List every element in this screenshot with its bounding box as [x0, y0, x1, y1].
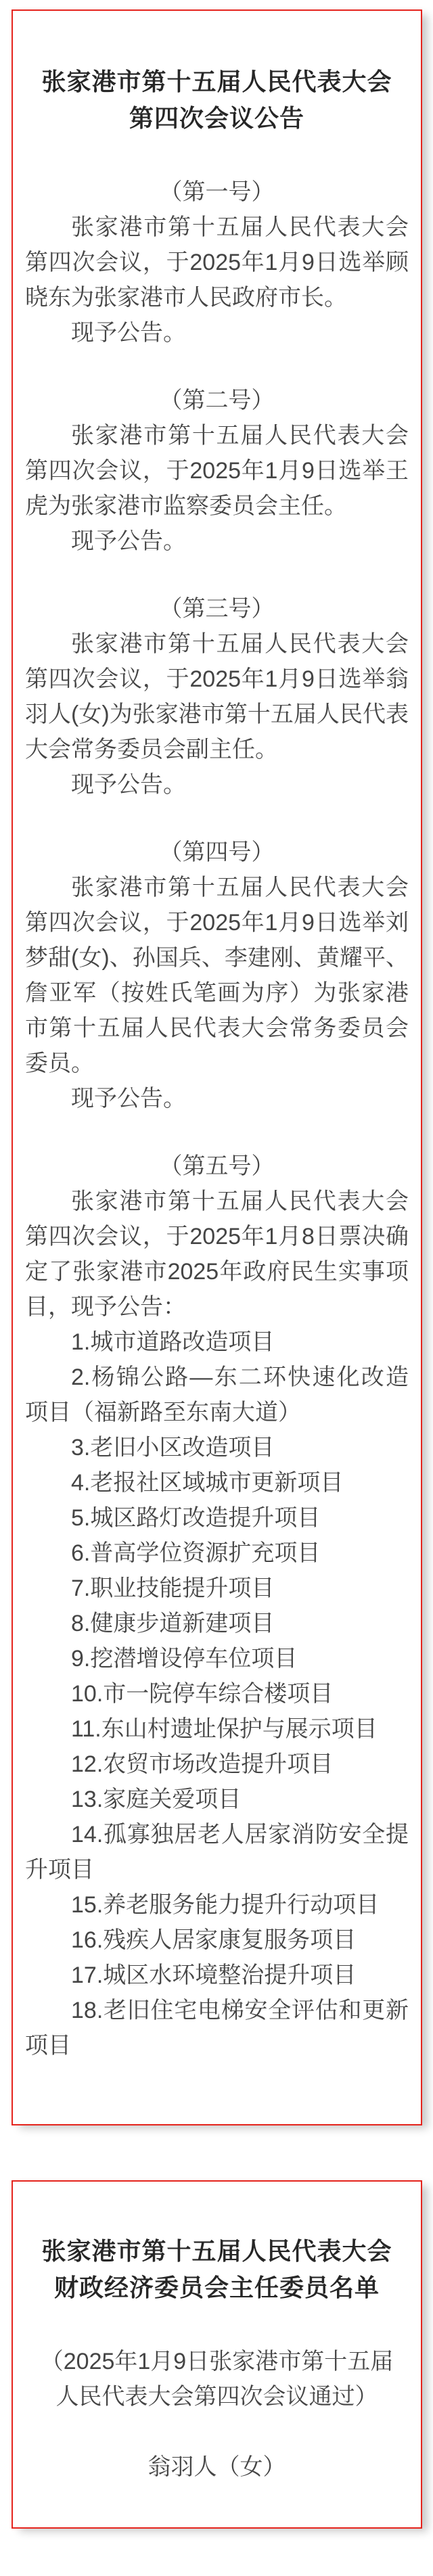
project-list-item: 3.老旧小区改造项目: [25, 1430, 409, 1465]
announcement-card: 张家港市第十五届人民代表大会 第四次会议公告 （第一号）张家港市第十五届人民代表…: [12, 9, 422, 2125]
section-number: （第四号）: [25, 835, 409, 870]
project-list-item: 2.杨锦公路—东二环快速化改造项目（福新路至东南大道）: [25, 1360, 409, 1430]
section-paragraph: 张家港市第十五届人民代表大会第四次会议，于2025年1月9日选举顾晓东为张家港市…: [25, 210, 409, 315]
committee-list-subtitle: （2025年1月9日张家港市第十五届 人民代表大会第四次会议通过）: [25, 2344, 409, 2414]
section-paragraph: 张家港市第十五届人民代表大会第四次会议，于2025年1月9日选举刘梦甜(女)、孙…: [25, 870, 409, 1081]
committee-list-title-line-1: 张家港市第十五届人民代表大会: [25, 2233, 409, 2270]
project-list-item: 4.老报社区域城市更新项目: [25, 1465, 409, 1500]
project-list-item: 13.家庭关爱项目: [25, 1782, 409, 1817]
project-list-item: 5.城区路灯改造提升项目: [25, 1500, 409, 1536]
section-number: （第一号）: [25, 175, 409, 210]
project-list-item: 11.东山村遗址保护与展示项目: [25, 1711, 409, 1747]
subtitle-line-1: （2025年1月9日张家港市第十五届: [25, 2344, 409, 2379]
section-paragraph: 现予公告。: [25, 767, 409, 802]
section-paragraph: 张家港市第十五届人民代表大会第四次会议，于2025年1月8日票决确定了张家港市2…: [25, 1184, 409, 1325]
project-list-item: 17.城区水环境整治提升项目: [25, 1958, 409, 1993]
member-name: 翁羽人（女）: [25, 2449, 409, 2485]
project-list-item: 14.孤寡独居老人居家消防安全提升项目: [25, 1817, 409, 1887]
committee-list-card: 张家港市第十五届人民代表大会 财政经济委员会主任委员名单 （2025年1月9日张…: [12, 2180, 422, 2529]
project-list-item: 8.健康步道新建项目: [25, 1606, 409, 1641]
project-list-item: 12.农贸市场改造提升项目: [25, 1747, 409, 1782]
project-list-item: 15.养老服务能力提升行动项目: [25, 1887, 409, 1923]
section-number: （第二号）: [25, 383, 409, 418]
section-number: （第五号）: [25, 1149, 409, 1184]
subtitle-line-2: 人民代表大会第四次会议通过）: [25, 2379, 409, 2414]
section-number: （第三号）: [25, 591, 409, 626]
project-list-item: 10.市一院停车综合楼项目: [25, 1676, 409, 1711]
announcement-title-line-2: 第四次会议公告: [25, 100, 409, 137]
section-paragraph: 张家港市第十五届人民代表大会第四次会议，于2025年1月9日选举翁羽人(女)为张…: [25, 626, 409, 767]
section-paragraph: 现予公告。: [25, 315, 409, 350]
announcement-title: 张家港市第十五届人民代表大会 第四次会议公告: [25, 64, 409, 137]
project-list-item: 1.城市道路改造项目: [25, 1325, 409, 1360]
project-list-item: 18.老旧住宅电梯安全评估和更新项目: [25, 1993, 409, 2063]
project-list-item: 6.普高学位资源扩充项目: [25, 1536, 409, 1571]
section-paragraph: 现予公告。: [25, 524, 409, 559]
announcement-sections: （第一号）张家港市第十五届人民代表大会第四次会议，于2025年1月9日选举顾晓东…: [25, 175, 409, 2063]
project-list-item: 9.挖潜增设停车位项目: [25, 1641, 409, 1676]
committee-list-title-line-2: 财政经济委员会主任委员名单: [25, 2270, 409, 2306]
section-paragraph: 张家港市第十五届人民代表大会第四次会议，于2025年1月9日选举王虎为张家港市监…: [25, 418, 409, 524]
committee-list-title: 张家港市第十五届人民代表大会 财政经济委员会主任委员名单: [25, 2233, 409, 2306]
project-list-item: 7.职业技能提升项目: [25, 1571, 409, 1606]
section-paragraph: 现予公告。: [25, 1081, 409, 1116]
announcement-title-line-1: 张家港市第十五届人民代表大会: [25, 64, 409, 100]
project-list-item: 16.残疾人居家康复服务项目: [25, 1923, 409, 1958]
